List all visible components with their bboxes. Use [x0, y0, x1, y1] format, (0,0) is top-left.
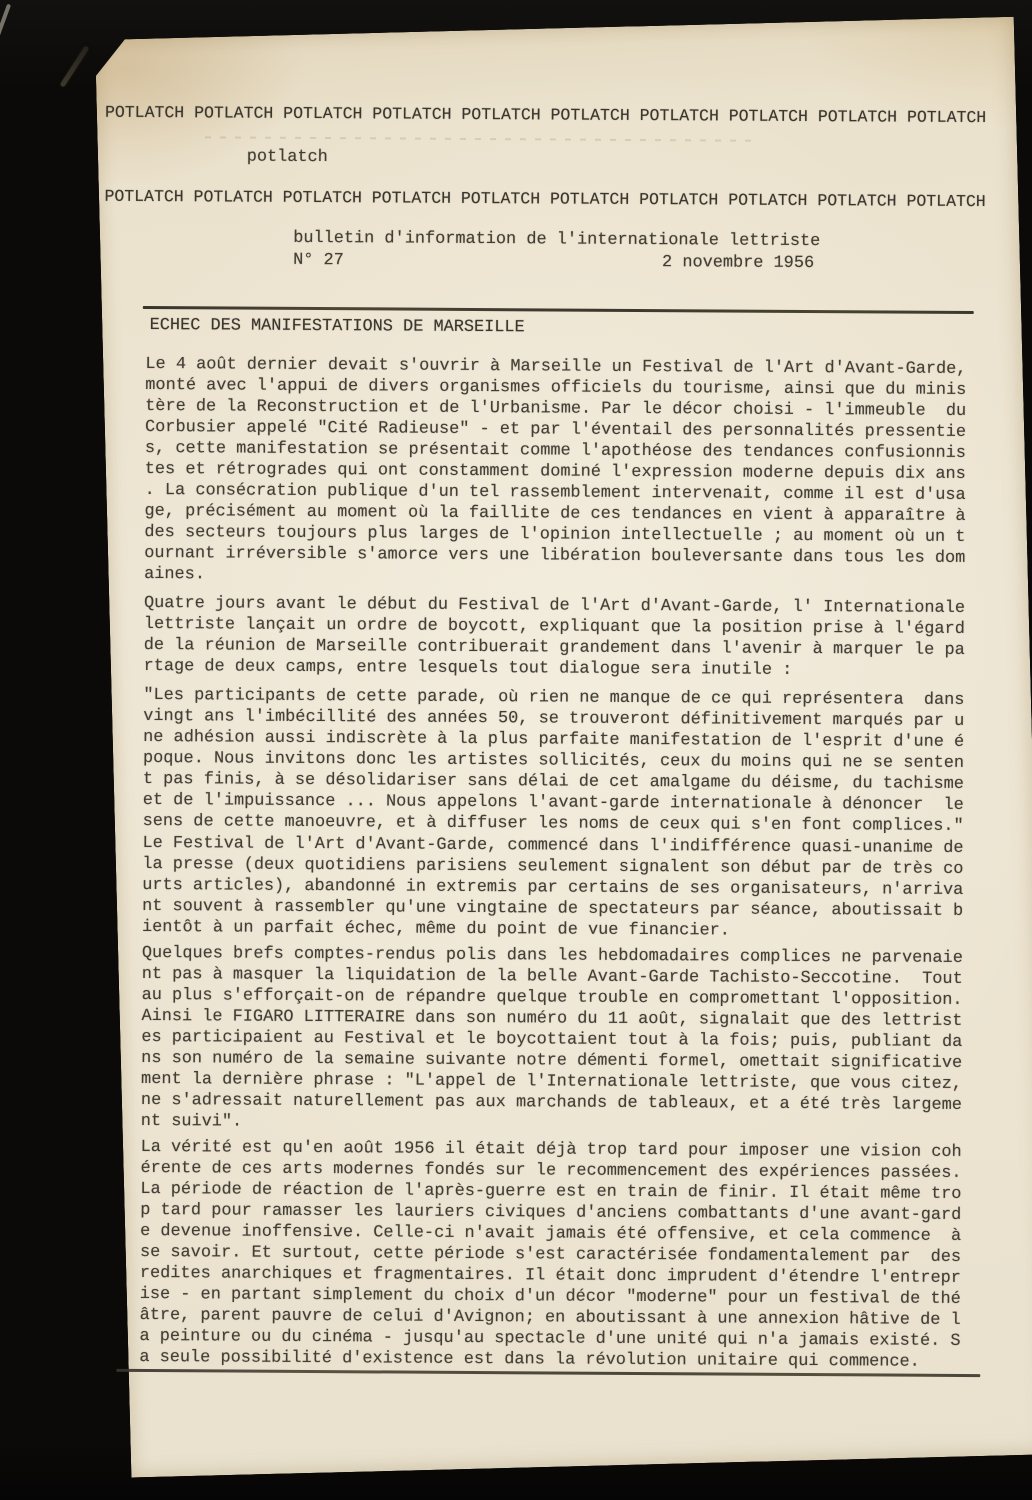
paragraph-quote: "Les participants de cette parade, où ri…	[143, 685, 984, 837]
paragraph: Le Festival de l'Art d'Avant-Garde, comm…	[142, 833, 983, 943]
scanned-document-page: POTLATCH POTLATCH POTLATCH POTLATCH POTL…	[0, 0, 1032, 1500]
issue-date: 2 novembre 1956	[662, 253, 814, 273]
paragraph: Le 4 août dernier devait s'ouvrir à Mars…	[144, 354, 985, 590]
typed-content: POTLATCH POTLATCH POTLATCH POTLATCH POTL…	[0, 0, 1032, 1500]
paragraph: Quelques brefs comptes-rendus polis dans…	[141, 943, 982, 1137]
article-title: ECHEC DES MANIFESTATIONS DE MARSEILLE	[150, 316, 525, 337]
paragraph: La vérité est qu'en août 1956 il était d…	[139, 1137, 980, 1373]
bulletin-subtitle: bulletin d'information de l'internationa…	[293, 229, 820, 251]
masthead-potlatch-row-top: POTLATCH POTLATCH POTLATCH POTLATCH POTL…	[105, 103, 986, 127]
ghost-type-impressions	[205, 136, 760, 141]
paragraph: Quatre jours avant le début du Festival …	[144, 593, 984, 682]
masthead-potlatch-lowercase: potlatch	[247, 148, 328, 167]
masthead-potlatch-row-bottom: POTLATCH POTLATCH POTLATCH POTLATCH POTL…	[104, 187, 985, 211]
issue-number: N° 27	[293, 251, 344, 270]
title-rule	[143, 306, 974, 314]
